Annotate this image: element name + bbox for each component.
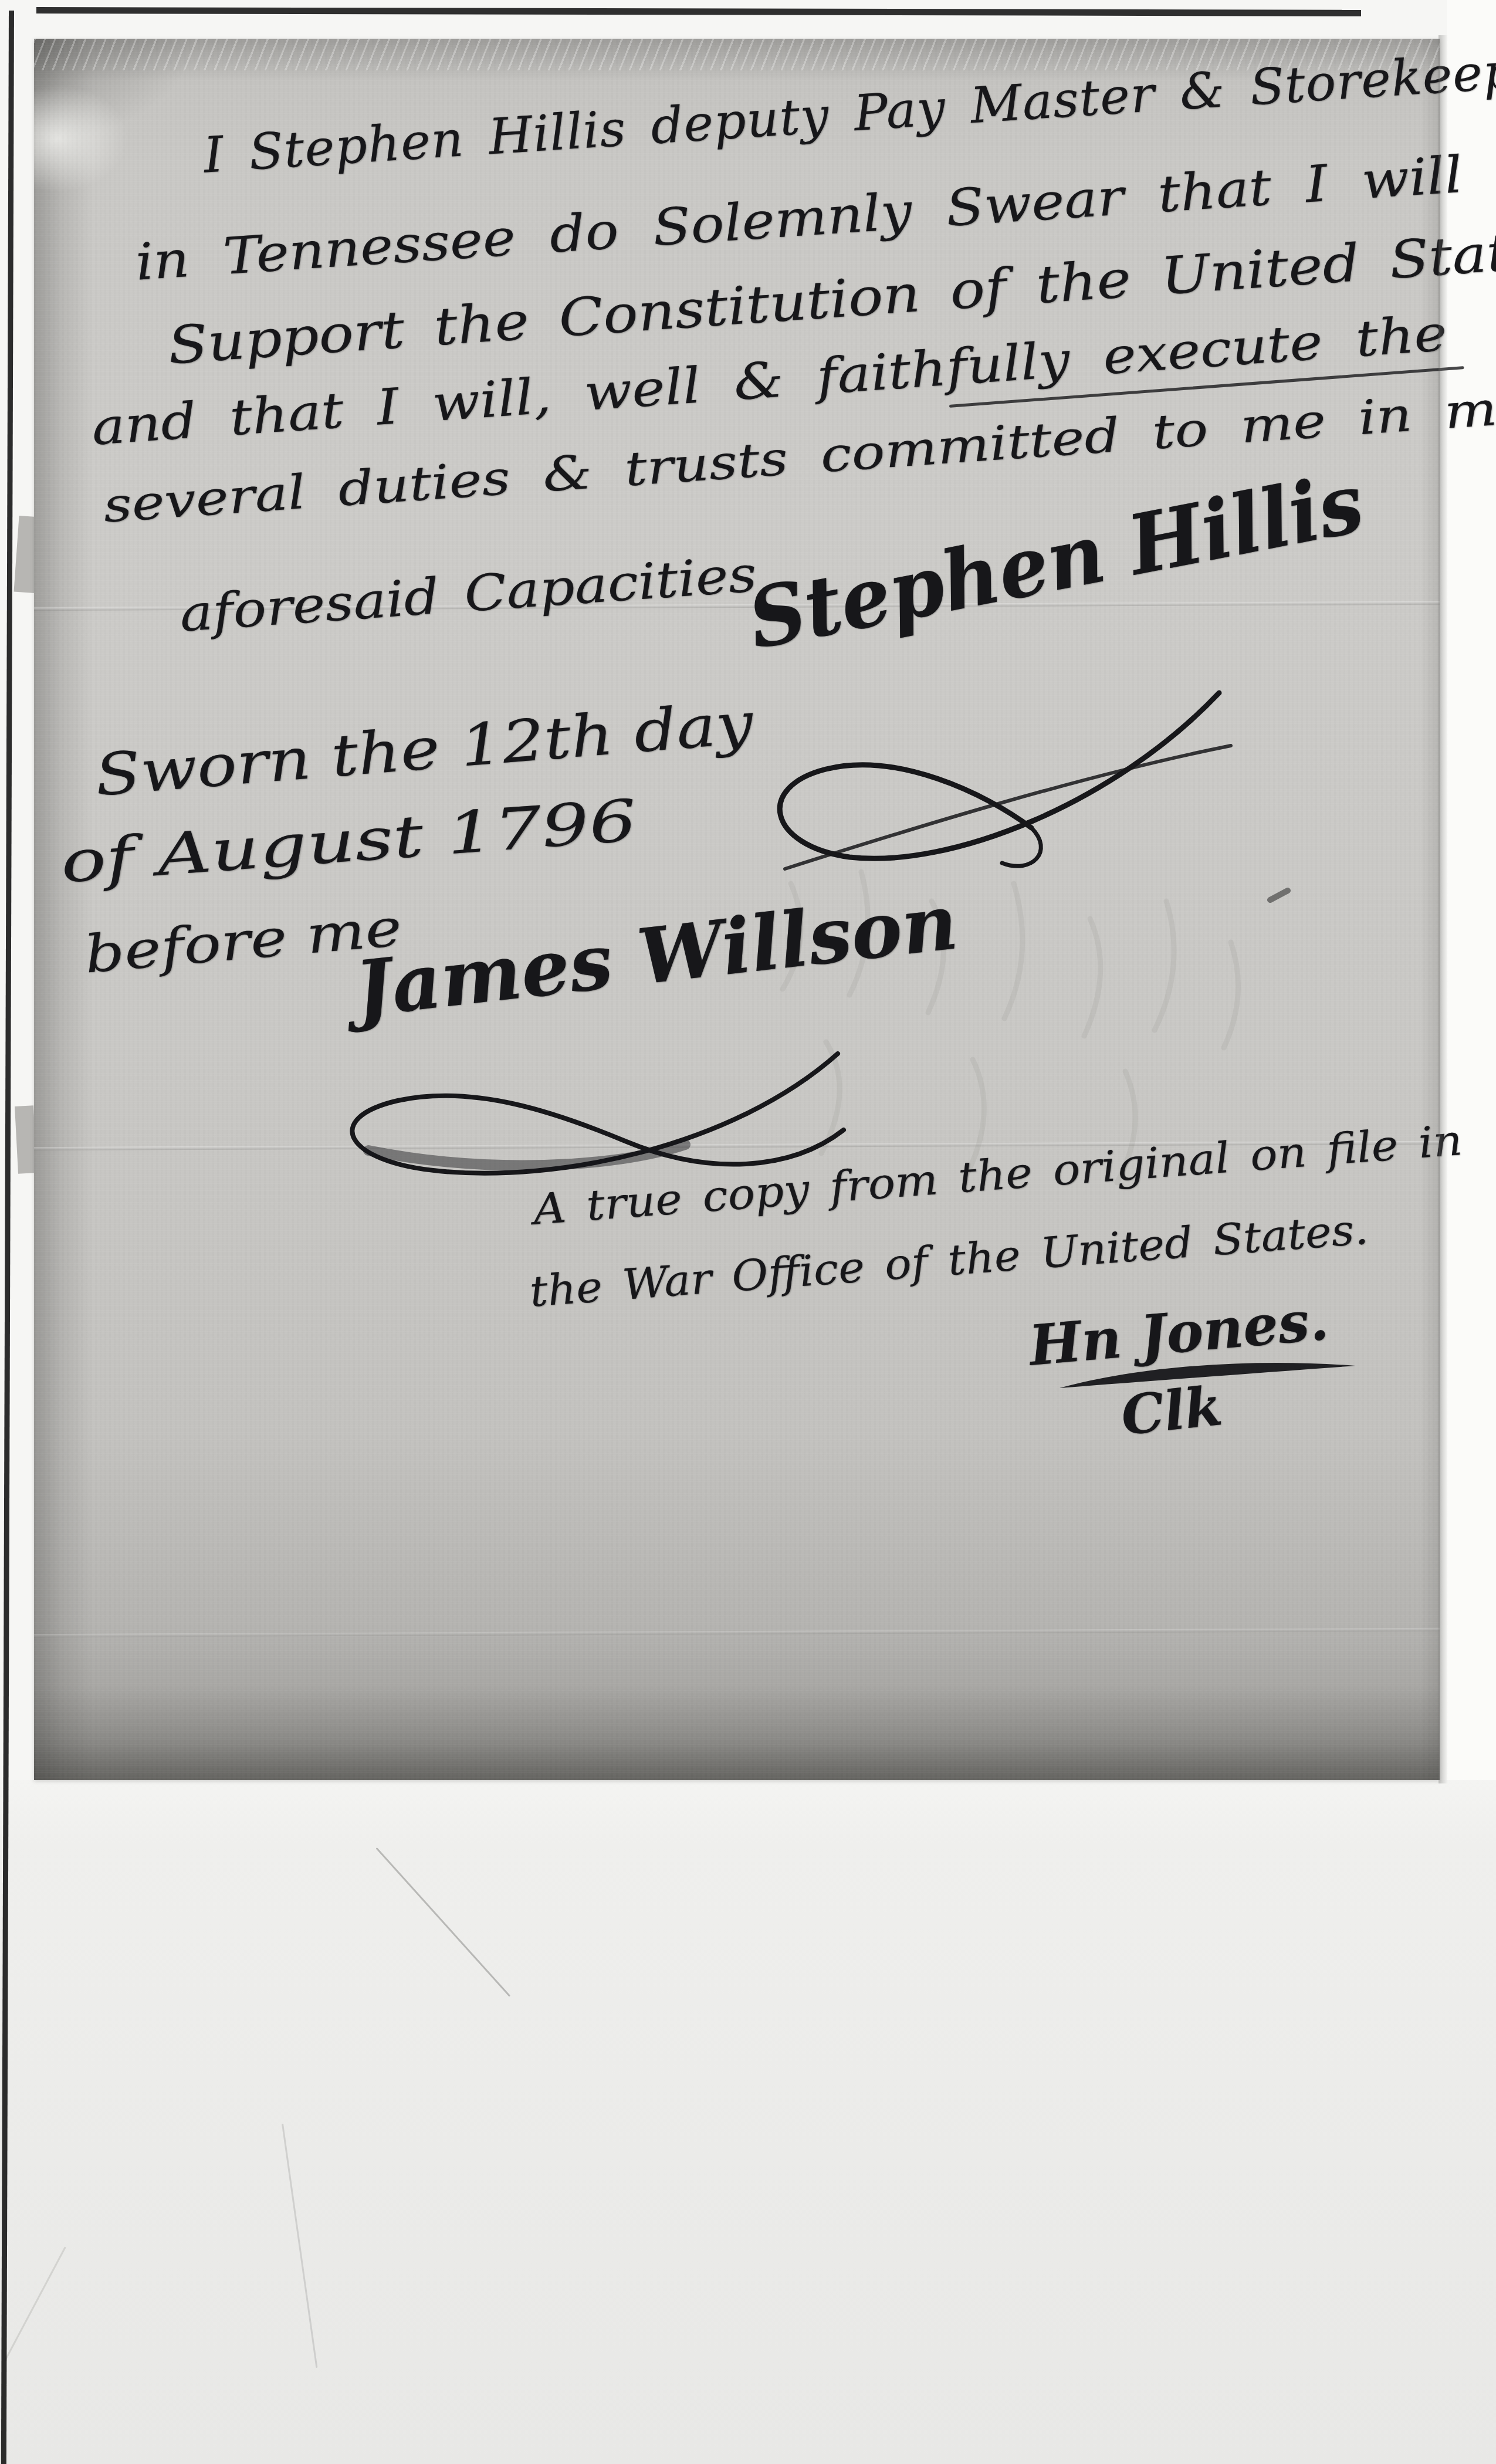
scanned-document: I Stephen Hillis deputy Pay Master & Sto… [0,0,1496,2464]
attestation-line-1: Sworn the 12th day [93,690,756,810]
principal-signature: Stephen Hillis [741,455,1371,668]
scan-frame-top-line [36,7,1361,16]
document-page: I Stephen Hillis deputy Pay Master & Sto… [34,39,1440,1780]
witness-signature: James Willson [351,876,962,1034]
oath-line-6: aforesaid Capacities [178,545,759,642]
fold-line [34,1628,1440,1637]
scanner-background-bottom [0,1780,1496,2464]
clerk-signature: Hn Jones. [1027,1288,1331,1378]
paper-edge-shadow [1439,35,1448,1783]
ink-smudge [1266,886,1292,903]
clerk-title: Clk [1118,1374,1225,1447]
signature-flourish [703,675,1243,886]
